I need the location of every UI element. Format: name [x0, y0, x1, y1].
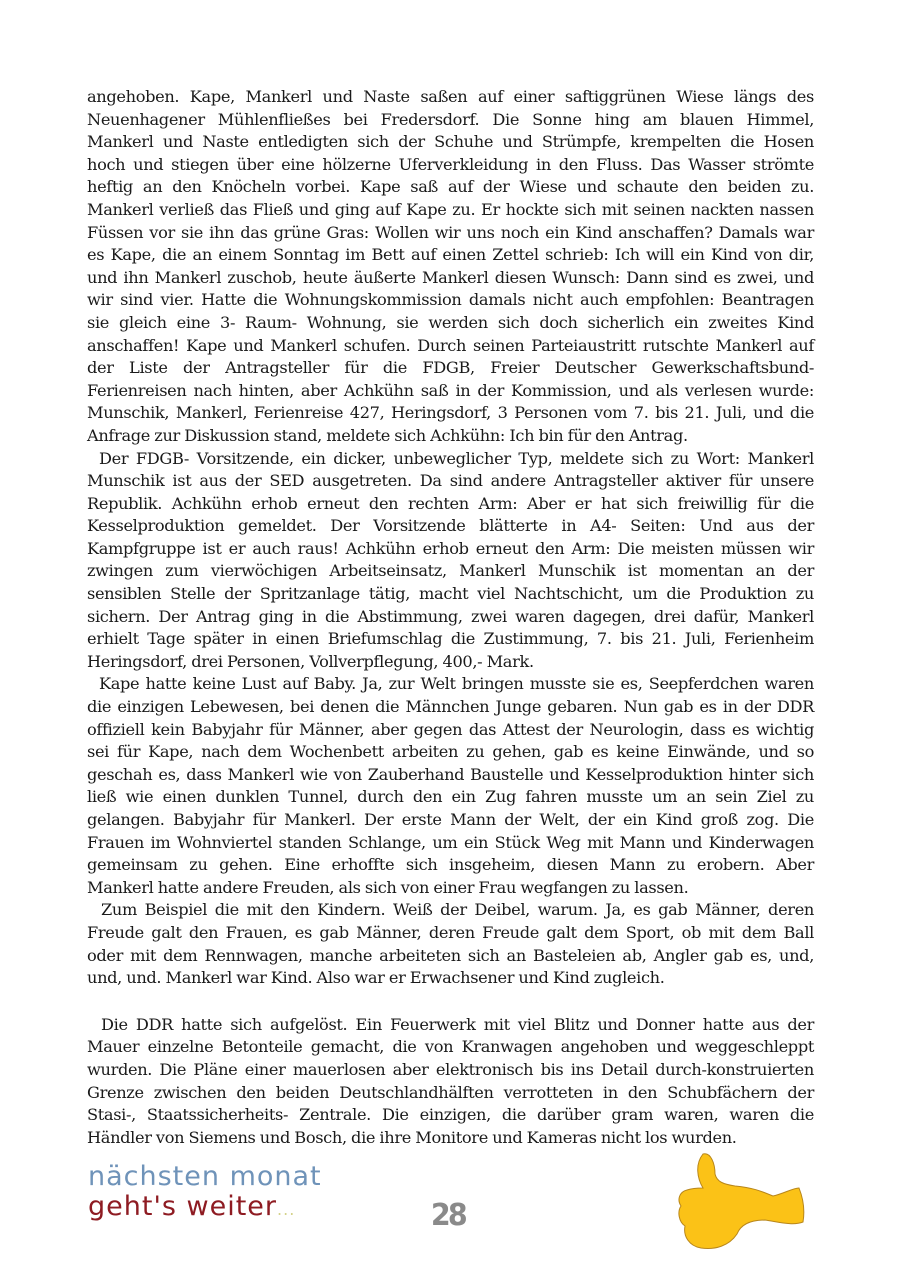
text-line: Kesselproduktion gemeldet. Der Vorsitzen…: [87, 515, 814, 538]
text-line: Anfrage zur Diskussion stand, meldete si…: [87, 425, 814, 448]
paragraph: Die DDR hatte sich aufgelöst. Ein Feuerw…: [87, 1014, 814, 1150]
text-line: sensiblen Stelle der Spritzanlage tätig,…: [87, 583, 814, 606]
text-line: wurden. Die Pläne einer mauerlosen aber …: [87, 1059, 814, 1082]
text-line: Mankerl verließ das Fließ und ging auf K…: [87, 199, 814, 222]
text-line: Ferienreisen nach hinten, aber Achkühn s…: [87, 380, 814, 403]
tagline-dots: ...: [277, 1200, 295, 1219]
next-month-tagline: nächsten monat geht's weiter...: [88, 1162, 322, 1225]
text-line: Händler von Siemens und Bosch, die ihre …: [87, 1127, 814, 1150]
text-line: Neuenhagener Mühlenfließes bei Fredersdo…: [87, 109, 814, 132]
text-line: die einzigen Lebewesen, bei denen die Mä…: [87, 696, 814, 719]
tagline-line-2: geht's weiter...: [88, 1192, 322, 1225]
text-line: zwingen zum vierwöchigen Arbeitseinsatz,…: [87, 560, 814, 583]
text-line: Freude galt den Frauen, es gab Männer, d…: [87, 922, 814, 945]
paragraph: Kape hatte keine Lust auf Baby. Ja, zur …: [87, 673, 814, 899]
tagline-line-1: nächsten monat: [88, 1162, 322, 1192]
text-line: ließ wie einen dunklen Tunnel, durch den…: [87, 786, 814, 809]
text-line: Mauer einzelne Betonteile gemacht, die v…: [87, 1036, 814, 1059]
text-line: hoch und stiegen über eine hölzerne Ufer…: [87, 154, 814, 177]
text-line: Die DDR hatte sich aufgelöst. Ein Feuerw…: [87, 1014, 814, 1037]
thumbs-up-icon: [675, 1150, 825, 1260]
text-line: sie gleich eine 3- Raum- Wohnung, sie we…: [87, 312, 814, 335]
text-line: Der FDGB- Vorsitzende, ein dicker, unbew…: [87, 448, 814, 471]
document-page: angehoben. Kape, Mankerl und Naste saßen…: [0, 0, 900, 1274]
text-line: angehoben. Kape, Mankerl und Naste saßen…: [87, 86, 814, 109]
text-line: Mankerl und Naste entledigten sich der S…: [87, 131, 814, 154]
text-line: heftig an den Knöcheln vorbei. Kape saß …: [87, 176, 814, 199]
text-line: gelangen. Babyjahr für Mankerl. Der erst…: [87, 809, 814, 832]
paragraph: Zum Beispiel die mit den Kindern. Weiß d…: [87, 899, 814, 989]
text-line: Kampfgruppe ist er auch raus! Achkühn er…: [87, 538, 814, 561]
text-line: oder mit dem Rennwagen, manche arbeitete…: [87, 945, 814, 968]
text-line: Heringsdorf, drei Personen, Vollverpfleg…: [87, 651, 814, 674]
text-line: es Kape, die an einem Sonntag im Bett au…: [87, 244, 814, 267]
text-line: Zum Beispiel die mit den Kindern. Weiß d…: [87, 899, 814, 922]
paragraph: angehoben. Kape, Mankerl und Naste saßen…: [87, 86, 814, 448]
text-line: erhielt Tage später in einen Briefumschl…: [87, 628, 814, 651]
body-text: angehoben. Kape, Mankerl und Naste saßen…: [87, 86, 814, 1149]
text-line: Frauen im Wohnviertel standen Schlange, …: [87, 832, 814, 855]
text-line: geschah es, dass Mankerl wie von Zauberh…: [87, 764, 814, 787]
tagline-text: geht's weiter: [88, 1191, 277, 1222]
text-line: Mankerl hatte andere Freuden, als sich v…: [87, 877, 814, 900]
text-line: gemeinsam zu gehen. Eine erhoffte sich i…: [87, 854, 814, 877]
paragraph: Der FDGB- Vorsitzende, ein dicker, unbew…: [87, 448, 814, 674]
text-line: und ihn Mankerl zuschob, heute äußerte M…: [87, 267, 814, 290]
text-line: Kape hatte keine Lust auf Baby. Ja, zur …: [87, 673, 814, 696]
text-line: der Liste der Antragsteller für die FDGB…: [87, 357, 814, 380]
text-line: offiziell kein Babyjahr für Männer, aber…: [87, 719, 814, 742]
text-line: wir sind vier. Hatte die Wohnungskommiss…: [87, 289, 814, 312]
text-line: Stasi-, Staatssicherheits- Zentrale. Die…: [87, 1104, 814, 1127]
text-line: Füssen vor sie ihn das grüne Gras: Wolle…: [87, 222, 814, 245]
text-line: Munschik, Mankerl, Ferienreise 427, Heri…: [87, 402, 814, 425]
text-line: sei für Kape, nach dem Wochenbett arbeit…: [87, 741, 814, 764]
text-line: anschaffen! Kape und Mankerl schufen. Du…: [87, 335, 814, 358]
text-line: und, und. Mankerl war Kind. Also war er …: [87, 967, 814, 990]
text-line: Grenze zwischen den beiden Deutschlandhä…: [87, 1082, 814, 1105]
text-line: Republik. Achkühn erhob erneut den recht…: [87, 493, 814, 516]
text-line: Munschik ist aus der SED ausgetreten. Da…: [87, 470, 814, 493]
page-number: 28: [431, 1198, 465, 1233]
text-line: sichern. Der Antrag ging in die Abstimmu…: [87, 606, 814, 629]
paragraph-gap: [87, 990, 814, 1014]
